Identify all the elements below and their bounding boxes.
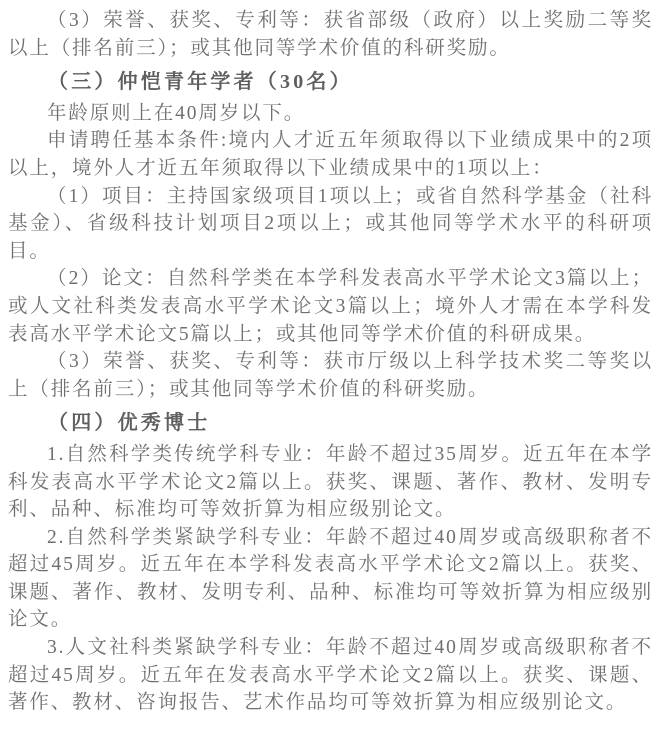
paragraph-age-requirement: 年龄原则上在40周岁以下。	[8, 100, 653, 128]
paragraph-application-basic-conditions: 申请聘任基本条件:境内人才近五年须取得以下业绩成果中的2项以上，境外人才近五年须…	[8, 127, 653, 182]
heading-outstanding-doctors: （四）优秀博士	[8, 410, 653, 438]
paragraph-item-1-projects: （1）项目：主持国家级项目1项以上；或省自然科学基金（社科基金）、省级科技计划项…	[8, 183, 653, 266]
paragraph-item-2-papers: （2）论文：自然科学类在本学科发表高水平学术论文3篇以上；或人文社科类发表高水平…	[8, 265, 653, 348]
paragraph-honors-provincial-award: （3）荣誉、获奖、专利等：获省部级（政府）以上奖励二等奖以上（排名前三）；或其他…	[8, 7, 653, 62]
paragraph-item-3-honors-awards-patents: （3）荣誉、获奖、专利等：获市厅级以上科学技术奖二等奖以上（排名前三）；或其他同…	[8, 348, 653, 403]
heading-zhongkai-young-scholars: （三）仲恺青年学者（30名）	[8, 69, 653, 97]
document-page: （3）荣誉、获奖、专利等：获省部级（政府）以上奖励二等奖以上（排名前三）；或其他…	[0, 0, 661, 729]
paragraph-doctor-3-humanities-shortage: 3.人文社科类紧缺学科专业：年龄不超过40周岁或高级职称者不超过45周岁。近五年…	[8, 634, 653, 717]
paragraph-doctor-1-natural-science-traditional: 1.自然科学类传统学科专业：年龄不超过35周岁。近五年在本学科发表高水平学术论文…	[8, 441, 653, 524]
paragraph-doctor-2-natural-science-shortage: 2.自然科学类紧缺学科专业：年龄不超过40周岁或高级职称者不超过45周岁。近五年…	[8, 524, 653, 634]
